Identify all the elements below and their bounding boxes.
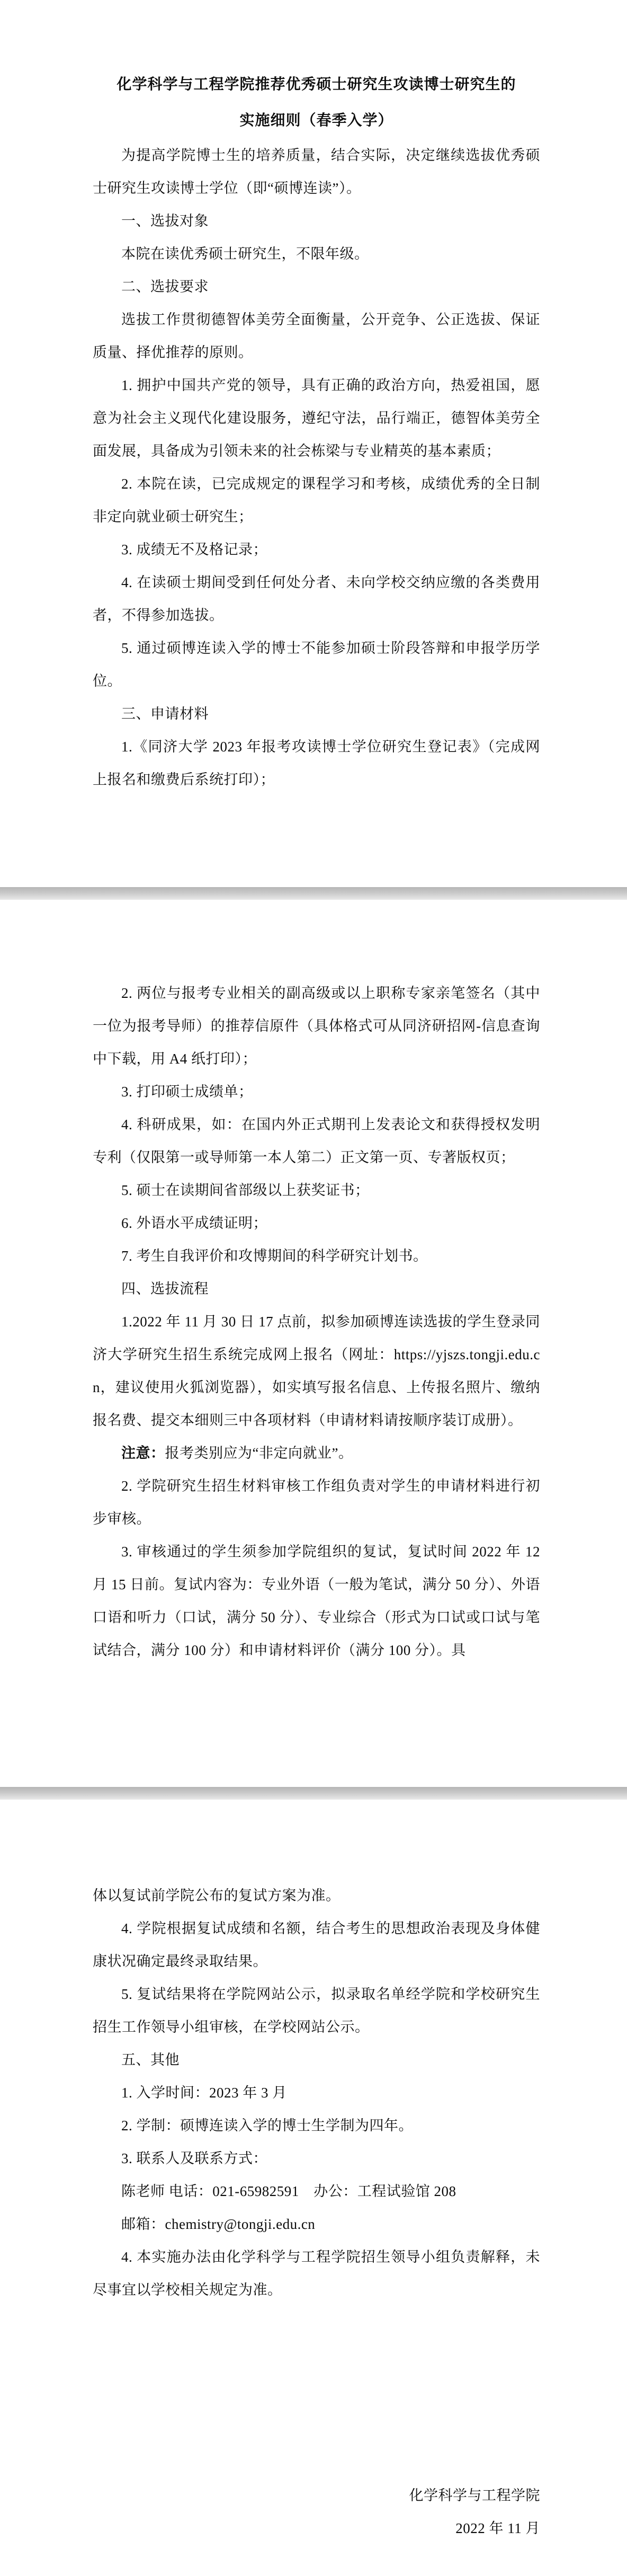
section-heading: 四、选拔流程 <box>93 1272 540 1305</box>
page-separator-1 <box>0 887 627 900</box>
paragraph: 2. 学制：硕博连读入学的博士生学制为四年。 <box>93 2109 540 2142</box>
paragraph: 本院在读优秀硕士研究生，不限年级。 <box>93 237 540 270</box>
paragraph: 3. 成绩无不及格记录； <box>93 533 540 566</box>
paragraph: 1.2022 年 11 月 30 日 17 点前，拟参加硕博连读选拔的学生登录同… <box>93 1305 540 1437</box>
paragraph: 6. 外语水平成绩证明； <box>93 1207 540 1240</box>
note-paragraph: 注意：报考类别应为“非定向就业”。 <box>93 1437 540 1470</box>
paragraph: 2. 学院研究生招生材料审核工作组负责对学生的申请材料进行初步审核。 <box>93 1470 540 1535</box>
paragraph: 2. 本院在读，已完成规定的课程学习和考核，成绩优秀的全日制非定向就业硕士研究生… <box>93 467 540 533</box>
paragraph: 4. 学院根据复试成绩和名额，结合考生的思想政治表现及身体健康状况确定最终录取结… <box>93 1912 540 1978</box>
paragraph: 选拔工作贯彻德智体美劳全面衡量，公开竞争、公正选拔、保证质量、择优推荐的原则。 <box>93 303 540 369</box>
paragraph: 1.《同济大学 2023 年报考攻读博士学位研究生登记表》（完成网上报名和缴费后… <box>93 730 540 796</box>
paragraph: 3. 审核通过的学生须参加学院组织的复试，复试时间 2022 年 12 月 15… <box>93 1535 540 1667</box>
section-heading: 五、其他 <box>93 2043 540 2076</box>
page-2-body: 2. 两位与报考专业相关的副高级或以上职称专家亲笔签名（其中一位为报考导师）的推… <box>93 977 540 1667</box>
paragraph: 5. 复试结果将在学院网站公示，拟录取名单经学院和学校研究生招生工作领导小组审核… <box>93 1978 540 2043</box>
paragraph: 4. 本实施办法由化学科学与工程学院招生领导小组负责解释，未尽事宜以学校相关规定… <box>93 2241 540 2306</box>
footer-date: 2022 年 11 月 <box>93 2512 540 2545</box>
section-heading: 三、申请材料 <box>93 697 540 730</box>
document-title-line-1: 化学科学与工程学院推荐优秀硕士研究生攻读博士研究生的 <box>93 67 540 103</box>
section-heading: 一、选拔对象 <box>93 205 540 237</box>
paragraph: 3. 打印硕士成绩单； <box>93 1075 540 1108</box>
paragraph: 陈老师 电话：021-65982591 办公：工程试验馆 208 <box>93 2175 540 2208</box>
section-heading: 二、选拔要求 <box>93 270 540 303</box>
page-3: 体以复试前学院公布的复试方案为准。4. 学院根据复试成绩和名额，结合考生的思想政… <box>0 1800 627 2576</box>
paragraph: 4. 在读硕士期间受到任何处分者、未向学校交纳应缴的各类费用者，不得参加选拔。 <box>93 566 540 632</box>
document-viewport: 化学科学与工程学院推荐优秀硕士研究生攻读博士研究生的 实施细则（春季入学） 为提… <box>0 0 627 2576</box>
page-2: 2. 两位与报考专业相关的副高级或以上职称专家亲笔签名（其中一位为报考导师）的推… <box>0 900 627 1787</box>
note-text: 报考类别应为“非定向就业”。 <box>165 1445 353 1461</box>
document-footer: 化学科学与工程学院 2022 年 11 月 <box>93 2479 540 2545</box>
paragraph-continuation: 体以复试前学院公布的复试方案为准。 <box>93 1879 540 1912</box>
footer-signature: 化学科学与工程学院 <box>93 2479 540 2512</box>
note-label: 注意： <box>121 1445 165 1461</box>
document-title-line-2: 实施细则（春季入学） <box>93 103 540 139</box>
paragraph: 7. 考生自我评价和攻博期间的科学研究计划书。 <box>93 1240 540 1272</box>
page-1-body: 为提高学院博士生的培养质量，结合实际，决定继续选拔优秀硕士研究生攻读博士学位（即… <box>93 139 540 796</box>
paragraph: 1. 入学时间：2023 年 3 月 <box>93 2076 540 2109</box>
paragraph: 5. 通过硕博连读入学的博士不能参加硕士阶段答辩和申报学历学位。 <box>93 632 540 697</box>
page-1: 化学科学与工程学院推荐优秀硕士研究生攻读博士研究生的 实施细则（春季入学） 为提… <box>0 0 627 887</box>
paragraph: 2. 两位与报考专业相关的副高级或以上职称专家亲笔签名（其中一位为报考导师）的推… <box>93 977 540 1075</box>
paragraph: 邮箱：chemistry@tongji.edu.cn <box>93 2208 540 2241</box>
page-3-body: 体以复试前学院公布的复试方案为准。4. 学院根据复试成绩和名额，结合考生的思想政… <box>93 1879 540 2306</box>
paragraph: 5. 硕士在读期间省部级以上获奖证书； <box>93 1174 540 1207</box>
paragraph: 1. 拥护中国共产党的领导，具有正确的政治方向，热爱祖国，愿意为社会主义现代化建… <box>93 369 540 467</box>
paragraph: 3. 联系人及联系方式： <box>93 2142 540 2175</box>
paragraph: 4. 科研成果，如：在国内外正式期刊上发表论文和获得授权发明专利（仅限第一或导师… <box>93 1108 540 1174</box>
page-separator-2 <box>0 1787 627 1800</box>
paragraph: 为提高学院博士生的培养质量，结合实际，决定继续选拔优秀硕士研究生攻读博士学位（即… <box>93 139 540 205</box>
